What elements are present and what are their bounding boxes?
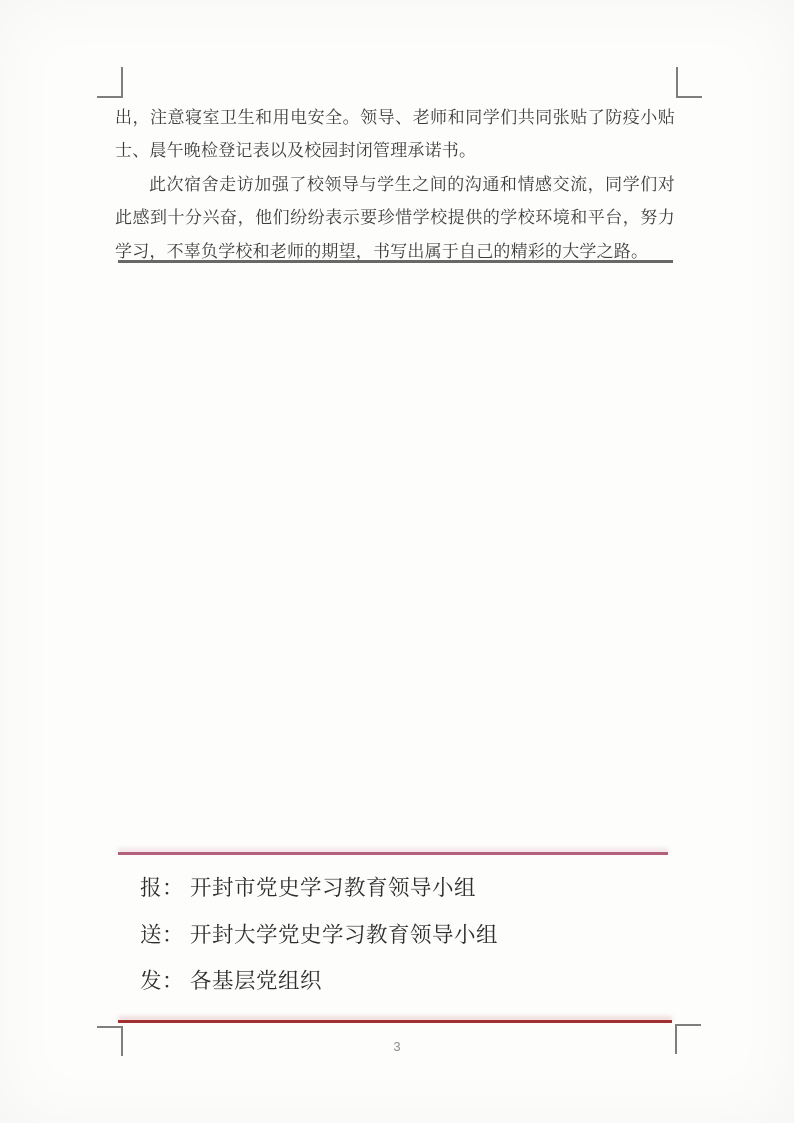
distribution-label: 发： (140, 969, 184, 993)
distribution-value: 开封大学党史学习教育领导小组 (190, 923, 498, 947)
distribution-entry-send: 送：开封大学党史学习教育领导小组 (140, 923, 498, 947)
distribution-label: 送： (140, 923, 184, 947)
page-number: 3 (0, 1039, 794, 1054)
document-body: 出，注意寝室卫生和用电安全。领导、老师和同学们共同张贴了防疫小贴士、晨午晚检登记… (115, 101, 675, 268)
crop-mark-top-left (97, 67, 123, 98)
distribution-value: 开封市党史学习教育领导小组 (190, 876, 476, 900)
end-of-body-divider (118, 260, 673, 263)
distribution-entry-report: 报：开封市党史学习教育领导小组 (140, 876, 476, 900)
distribution-top-rule (118, 852, 668, 855)
distribution-label: 报： (140, 876, 184, 900)
distribution-entry-issue: 发：各基层党组织 (140, 969, 322, 993)
crop-mark-top-right (676, 67, 702, 98)
distribution-value: 各基层党组织 (190, 969, 322, 993)
paragraph-closing: 此次宿舍走访加强了校领导与学生之间的沟通和情感交流，同学们对此感到十分兴奋，他们… (115, 168, 675, 268)
document-page: 出，注意寝室卫生和用电安全。领导、老师和同学们共同张贴了防疫小贴士、晨午晚检登记… (0, 0, 794, 1123)
distribution-bottom-rule (118, 1020, 672, 1023)
paragraph-continuation: 出，注意寝室卫生和用电安全。领导、老师和同学们共同张贴了防疫小贴士、晨午晚检登记… (115, 101, 675, 168)
